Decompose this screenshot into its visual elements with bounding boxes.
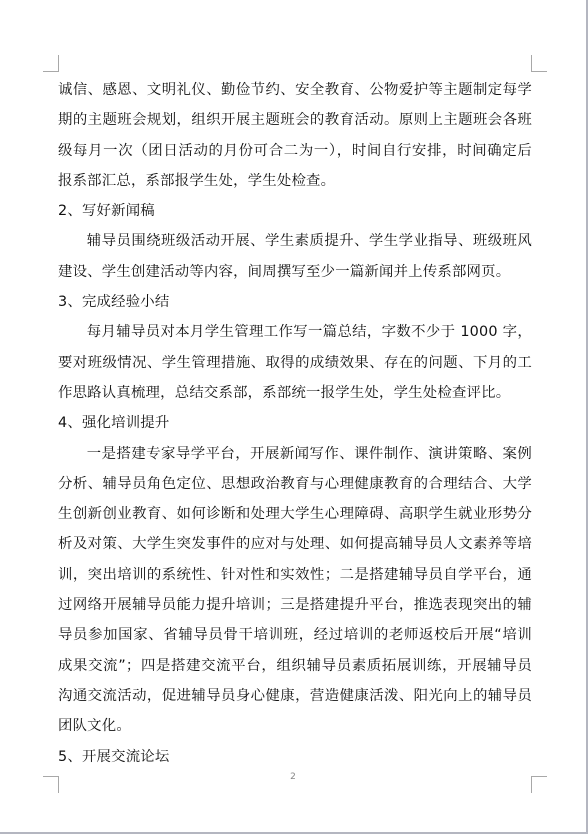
heading-experience-summary: 3、完成经验小结 bbox=[58, 287, 532, 317]
paragraph-experience-summary: 每月辅导员对本月学生管理工作写一篇总结，字数不少于 1000 字，要对班级情况、… bbox=[58, 317, 532, 408]
margin-corner-top-right bbox=[531, 55, 547, 72]
paragraph-training: 一是搭建专家导学平台，开展新闻写作、课件制作、演讲策略、案例分析、辅导员角色定位… bbox=[58, 439, 532, 742]
heading-exchange-forum: 5、开展交流论坛 bbox=[58, 742, 532, 772]
paragraph-news-writing: 辅导员围绕班级活动开展、学生素质提升、学生学业指导、班级班风建设、学生创建活动等… bbox=[58, 226, 532, 287]
document-page: 诚信、感恩、文明礼仪、勤俭节约、安全教育、公物爱护等主题制定每学期的主题班会规划… bbox=[0, 0, 586, 832]
page-number: 2 bbox=[0, 772, 586, 782]
paragraph-theme-meetings: 诚信、感恩、文明礼仪、勤俭节约、安全教育、公物爱护等主题制定每学期的主题班会规划… bbox=[58, 75, 532, 196]
heading-training: 4、强化培训提升 bbox=[58, 408, 532, 438]
document-body[interactable]: 诚信、感恩、文明礼仪、勤俭节约、安全教育、公物爱护等主题制定每学期的主题班会规划… bbox=[58, 75, 532, 772]
margin-corner-top-left bbox=[43, 55, 59, 72]
heading-news-writing: 2、写好新闻稿 bbox=[58, 196, 532, 226]
